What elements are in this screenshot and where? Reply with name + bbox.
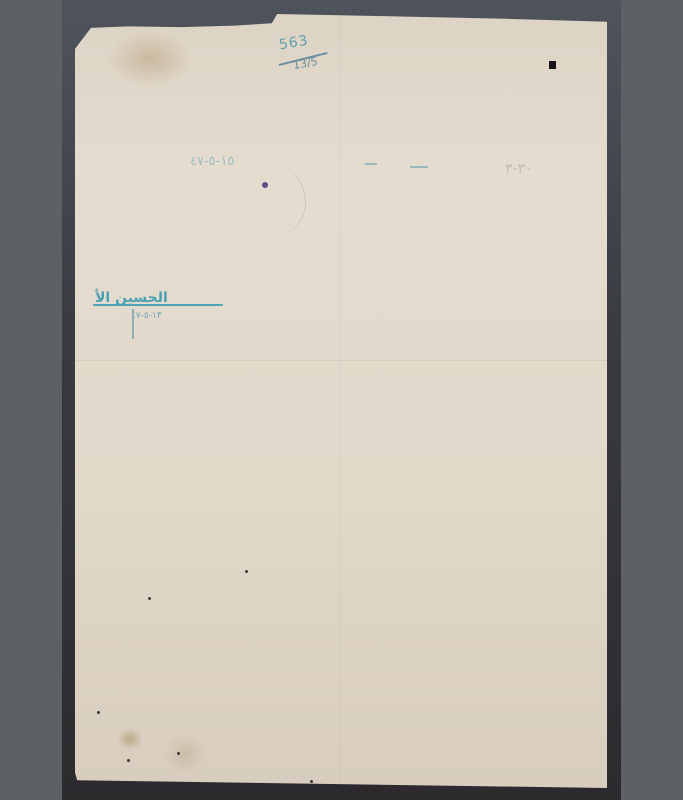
faded-stamp <box>245 164 306 239</box>
ink-dash <box>365 163 377 165</box>
speck <box>310 780 313 783</box>
ink-blot <box>549 61 556 69</box>
reference-number: 563 <box>278 33 310 54</box>
stamp-mark <box>262 182 268 188</box>
faint-number: ٣٠-٣ <box>505 161 533 177</box>
document-page: 563 13/5 ١٥-٥-٤٧ ٣٠-٣ الحسين الأ ١٣-٥-٤٧ <box>75 14 607 788</box>
speck <box>148 597 151 600</box>
ink-dash <box>410 166 428 168</box>
stamp-date: ١٥-٥-٤٧ <box>190 154 234 169</box>
speck <box>127 759 130 762</box>
speck <box>245 570 248 573</box>
signature-tick <box>132 309 134 339</box>
fold-crease-vertical <box>339 14 340 788</box>
speck <box>177 752 180 755</box>
speck <box>97 711 100 714</box>
reference-date: 13/5 <box>292 55 319 72</box>
signature: الحسين الأ <box>95 290 168 306</box>
signature-date: ١٣-٥-٤٧ <box>131 311 162 321</box>
fold-crease-horizontal <box>75 360 607 361</box>
